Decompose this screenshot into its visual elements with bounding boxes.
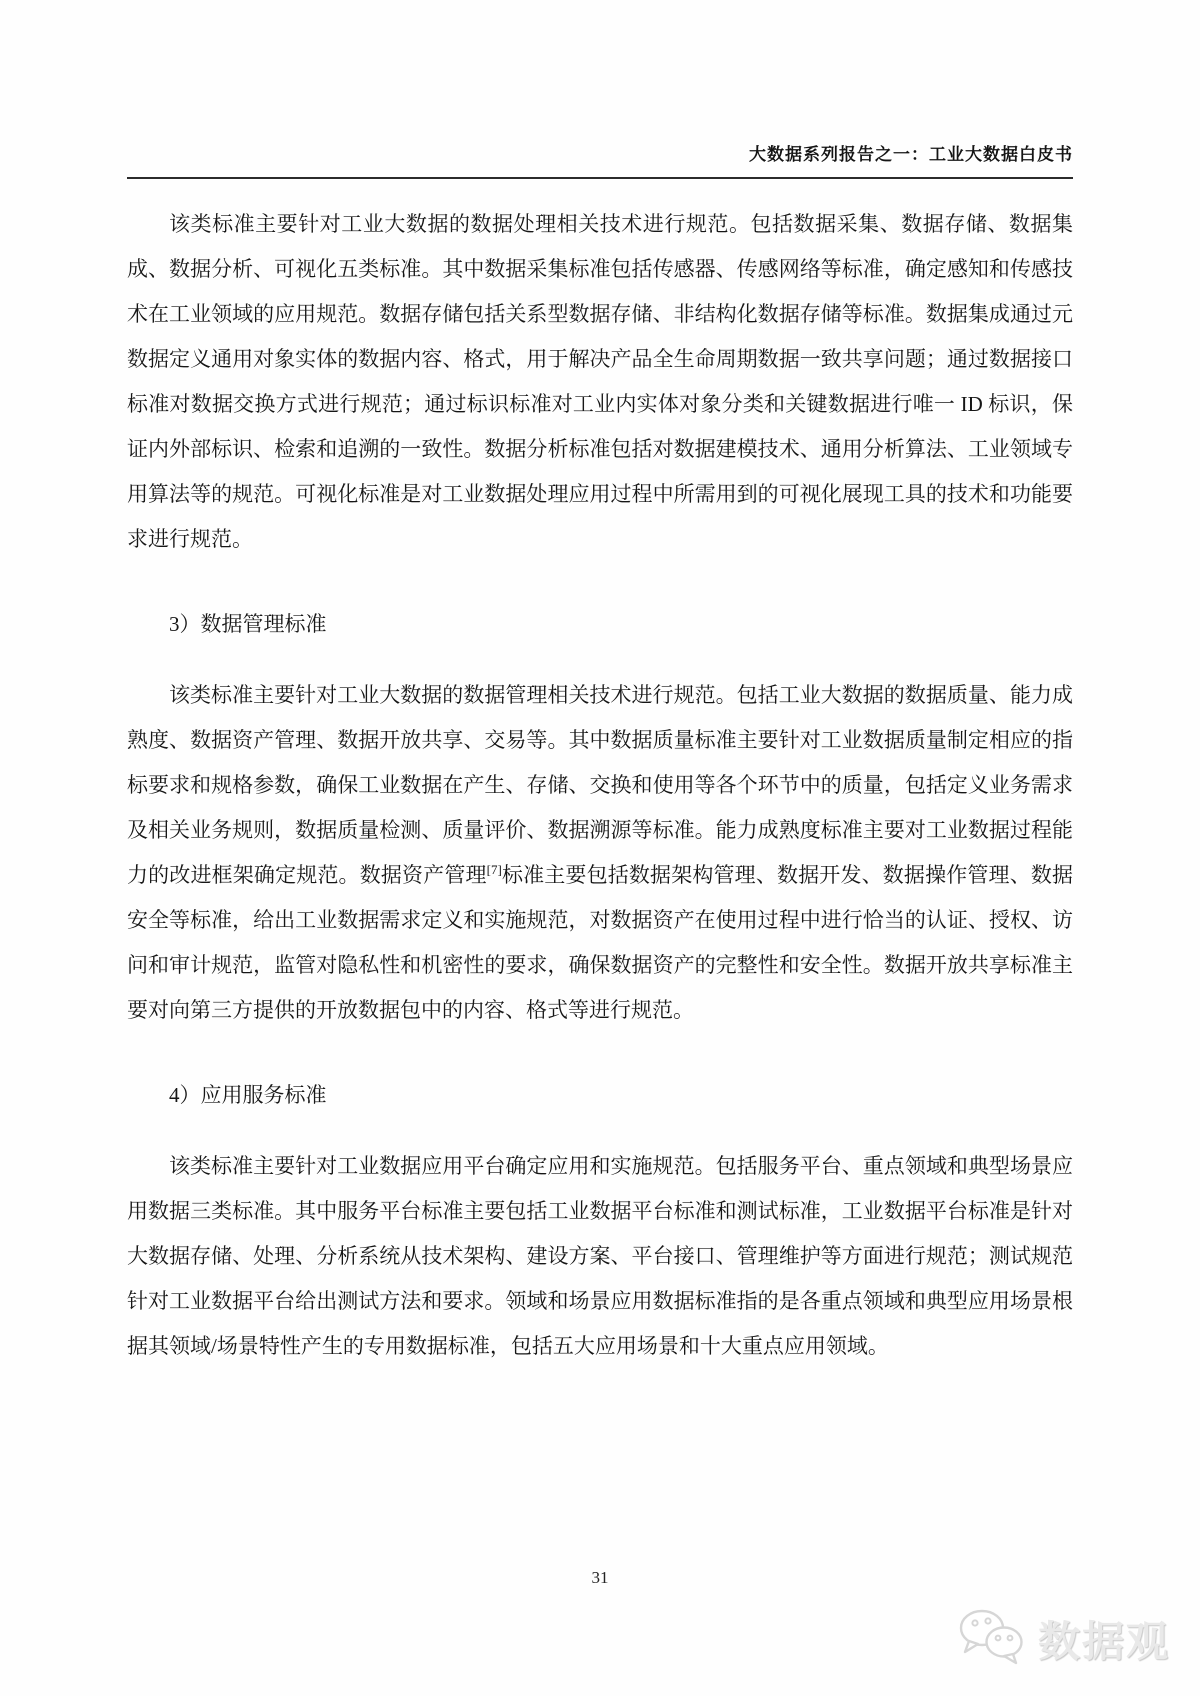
header-title: 大数据系列报告之一：工业大数据白皮书 [749, 145, 1073, 164]
page-header: 大数据系列报告之一：工业大数据白皮书 [127, 140, 1073, 179]
watermark: 数据观 [956, 1607, 1170, 1670]
reference-7-superscript: [7] [487, 862, 502, 877]
paragraph-data-management: 该类标准主要针对工业大数据的数据管理相关技术进行规范。包括工业大数据的数据质量、… [127, 673, 1073, 1033]
page-number: 31 [0, 1568, 1200, 1588]
heading-application-service: 4）应用服务标准 [127, 1073, 1073, 1118]
wechat-chat-bubbles-icon [956, 1607, 1028, 1670]
paragraph-data-processing: 该类标准主要针对工业大数据的数据处理相关技术进行规范。包括数据采集、数据存储、数… [127, 202, 1073, 562]
paragraph-data-management-text: 该类标准主要针对工业大数据的数据管理相关技术进行规范。包括工业大数据的数据质量、… [127, 683, 1073, 887]
document-body: 该类标准主要针对工业大数据的数据处理相关技术进行规范。包括数据采集、数据存储、数… [127, 202, 1073, 1369]
document-page: 大数据系列报告之一：工业大数据白皮书 该类标准主要针对工业大数据的数据处理相关技… [0, 0, 1200, 1696]
watermark-text: 数据观 [1038, 1609, 1170, 1669]
heading-data-management: 3）数据管理标准 [127, 602, 1073, 647]
paragraph-application-service: 该类标准主要针对工业数据应用平台确定应用和实施规范。包括服务平台、重点领域和典型… [127, 1144, 1073, 1369]
